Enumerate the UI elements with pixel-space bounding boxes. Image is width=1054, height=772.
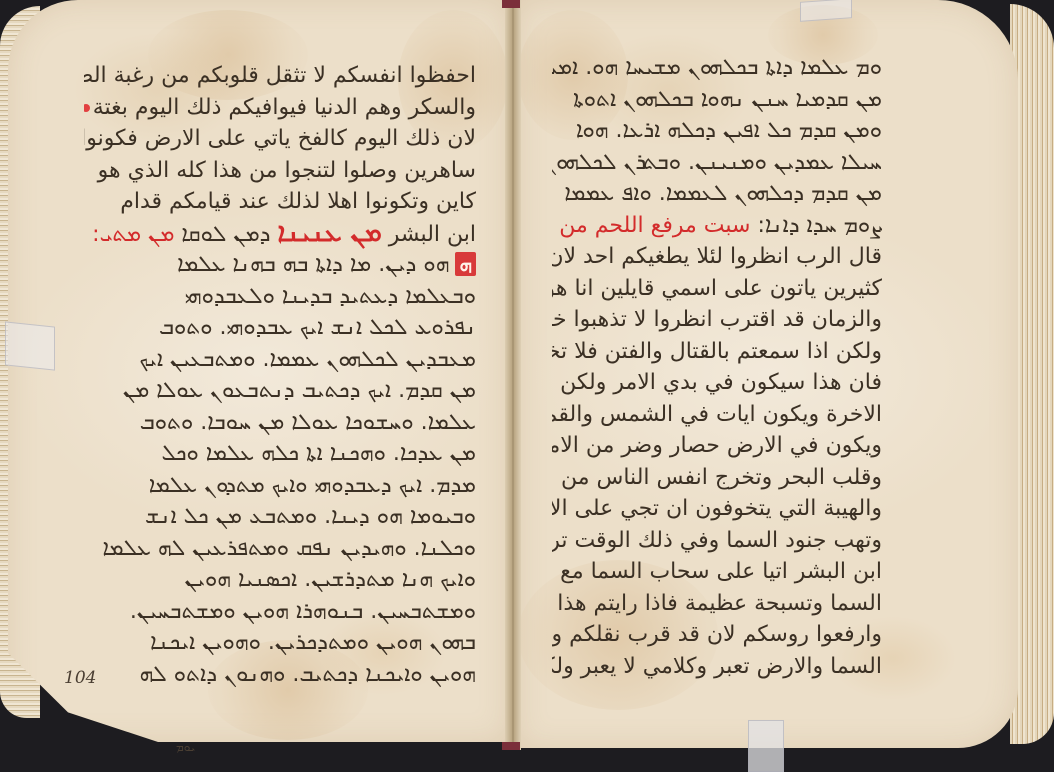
text-line: ܨܘܡ ܚܕܐ ܕܐܢܐ: سبت مرفع اللحم من لوقا bbox=[552, 210, 882, 242]
text-line: ܗܗܘ ܕܝܢ. ܡܐ ܕܐܬܐ ܒܗ ܒܗܢܐ ܥܠܡܐ bbox=[84, 249, 476, 281]
red-punctuation-dot bbox=[84, 104, 90, 112]
text-line: وارفعوا روسكم لان قد قرب نقلكم وخلاصكم bbox=[552, 619, 882, 651]
text-line: كثيرين ياتون على اسمي قايلين انا هو المس… bbox=[552, 273, 882, 305]
bookmark-tab-top bbox=[800, 0, 852, 22]
text-line: ܘܟܠܢܐ. ܘܗܝܕܝܢ ܢܦܩ ܘܡܬܦܪܥܝܢ ܠܗ ܥܠܡܐ bbox=[84, 533, 476, 565]
text-line: الاخرة ويكون ايات في الشمس والقمر والكوا… bbox=[552, 399, 882, 431]
text-line: وقلب البحر وتخرج انفس الناس من الفزع bbox=[552, 462, 882, 494]
manuscript-photo: احفظوا انفسكم لا تثقل قلوبكم من رغبة الط… bbox=[0, 0, 1054, 772]
text-line: ܒܗܘܢ ܗܘܝܢ ܘܡܬܕܟܪܝܢ. ܘܗܘܝܢ ܐܝܟܢܐ bbox=[84, 627, 476, 659]
rubric-heading: سبت مرفع اللحم من لوقا bbox=[552, 213, 750, 238]
binding-thread-top bbox=[502, 0, 520, 8]
text-line: السما والارض تعبر وكلامي لا يعبر ولكن bbox=[552, 651, 882, 683]
text-line: ساهرين وصلوا لتنجوا من هذا كله الذي هو bbox=[84, 155, 476, 187]
rubric-reference: ܡܢ ܡܬܝ: bbox=[92, 222, 174, 247]
text-line: ܚܝܠܐ ܥܡܕܝܢ ܘܡܢܝܢܢ. ܘܒܬܪܢ ܠܟܠܗܘܢ bbox=[552, 147, 882, 179]
book-gutter bbox=[505, 0, 521, 750]
text-line: ܘܐܝܟ ܗܢܐ ܡܬܕܪܫܝܢ. ܐܟܣܢܝܐ ܗܘܝܢ bbox=[84, 564, 476, 596]
text-line: ܡܢ ܩܕܡܝܐ ܚܢܢ ܢܗܘܐ ܒܟܠܗܘܢ ܐܬܘܬܐ bbox=[552, 84, 882, 116]
rubric-title: ܡܢ ܥܢܝܢܐ bbox=[278, 218, 382, 248]
text-line: لان ذلك اليوم كالفخ ياتي على الارض فكونو… bbox=[84, 123, 476, 155]
text-line: ܥܠܡܐ. ܘܚܫܘܟܐ ܥܘܠܐ ܡܢ ܚܘܒܐ. ܘܬܘܒ bbox=[84, 407, 476, 439]
right-page-text: ܘܡ ܥܠܡܐ ܕܐܬܐ ܒܟܠܗܘܢ ܡܫܝܚܐ ܗܘ. ܐܡܝܢ ܡܢ ܩܕ… bbox=[552, 52, 882, 682]
text-line: والسكر وهم الدنيا فيوافيكم ذلك اليوم بغت… bbox=[84, 92, 476, 124]
left-page-text: احفظوا انفسكم لا تثقل قلوبكم من رغبة الط… bbox=[84, 60, 476, 690]
binding-thread-bottom bbox=[502, 742, 520, 750]
text-line: ܡܥܒܕܝܢ ܠܟܠܗܘܢ ܥܡܡܐ. ܘܡܬܒܥܝܢ ܐܝܟ bbox=[84, 344, 476, 376]
text-line: فان هذا سيكون في بدي الامر ولكن لم تبلغ bbox=[552, 367, 882, 399]
text-line: ܡܢ ܩܕܡ ܕܟܠܗܘܢ ܠܥܡܡܐ. ܘܐܦ ܥܡܡܐ bbox=[552, 178, 882, 210]
text-line: السما وتسبحة عظيمة فاذا رايتم هذا فبادرو… bbox=[552, 588, 882, 620]
text-line: ܘܒܝܘܡܐ ܗܘ ܕܝܢܐ. ܘܡܬܒܥ ܡܢ ܟܠ ܐܢܫ bbox=[84, 501, 476, 533]
text-line: كاين وتكونوا اهلا لذلك عند قيامكم قدام bbox=[84, 186, 476, 218]
red-initial-letter: ܗ bbox=[455, 252, 476, 276]
bookmark-tab-bottom bbox=[748, 720, 784, 772]
text-line: ابن البشر اتيا على سحاب السما مع اجناد bbox=[552, 556, 882, 588]
text-line: ܗܘܝܢ ܘܐܝܟܢܐ ܕܟܬܝܒ. ܘܗܢܘܢ ܕܐܬܘ ܠܗ bbox=[84, 659, 476, 691]
text-line: ܘܡܫܬܒܚܝܢ. ܒܢܘܗܪܐ ܗܘܝܢ ܘܡܫܬܒܚܝܢ. bbox=[84, 596, 476, 628]
text-line: ܡܢ ܥܕܟܐ. ܘܗܟܢܐ ܐܬܐ ܟܠܗ ܥܠܡܐ ܘܟܠ bbox=[84, 438, 476, 470]
text-line: والزمان قد اقترب انظروا لا تذهبوا خلفهم bbox=[552, 304, 882, 336]
text-line: ܢܦܪܘܥ ܠܟܠ ܐܢܫ ܐܝܟ ܥܒܕܘܗܝ. ܘܬܘܒ bbox=[84, 312, 476, 344]
folio-number: 104 bbox=[64, 668, 96, 688]
text-line: والهيبة التي يتخوفون ان تجي على الارض bbox=[552, 493, 882, 525]
text-line: وتهب جنود السما وفي ذلك الوقت ترون bbox=[552, 525, 882, 557]
text-line: ܘܒܥܠܡܐ ܕܥܬܝܕ ܒܕܝܢܐ ܘܠܥܒܕܘܗܝ bbox=[84, 281, 476, 313]
text-line: احفظوا انفسكم لا تثقل قلوبكم من رغبة الط… bbox=[84, 60, 476, 92]
text-line: ابن البشر ܡܢ ܥܢܝܢܐ ܕܡܢ ܠܘܩܐ ܡܢ ܡܬܝ: bbox=[84, 218, 476, 250]
text-line: ويكون في الارض حصار وضر من الامم وفترة bbox=[552, 430, 882, 462]
text-line: ܡܕܡ. ܐܝܟ ܕܥܒܕܘܗܝ ܘܐܝܟ ܡܬܕܘܢ ܥܠܡܐ bbox=[84, 470, 476, 502]
bookmark-tab-left bbox=[5, 321, 55, 370]
text-line: قال الرب انظروا لئلا يطغيكم احد لان bbox=[552, 241, 882, 273]
text-line: ܘܡ ܥܠܡܐ ܕܐܬܐ ܒܟܠܗܘܢ ܡܫܝܚܐ ܗܘ. ܐܡܝܢ bbox=[552, 52, 882, 84]
text-line: ܡܢ ܩܕܡ. ܐܝܟ ܕܟܬܝܒ ܕܢܬܒܥܘܢ ܥܘܠܐ ܡܢ bbox=[84, 375, 476, 407]
catchword: ܝܘܡ bbox=[176, 740, 195, 755]
text-line: ܘܡܢ ܩܕܡ ܟܠ ܐܦܝܢ ܕܟܠܗ ܐܪܥܐ. ܗܘܐ bbox=[552, 115, 882, 147]
text-line: ولكن اذا سمعتم بالقتال والفتن فلا تخافوا bbox=[552, 336, 882, 368]
